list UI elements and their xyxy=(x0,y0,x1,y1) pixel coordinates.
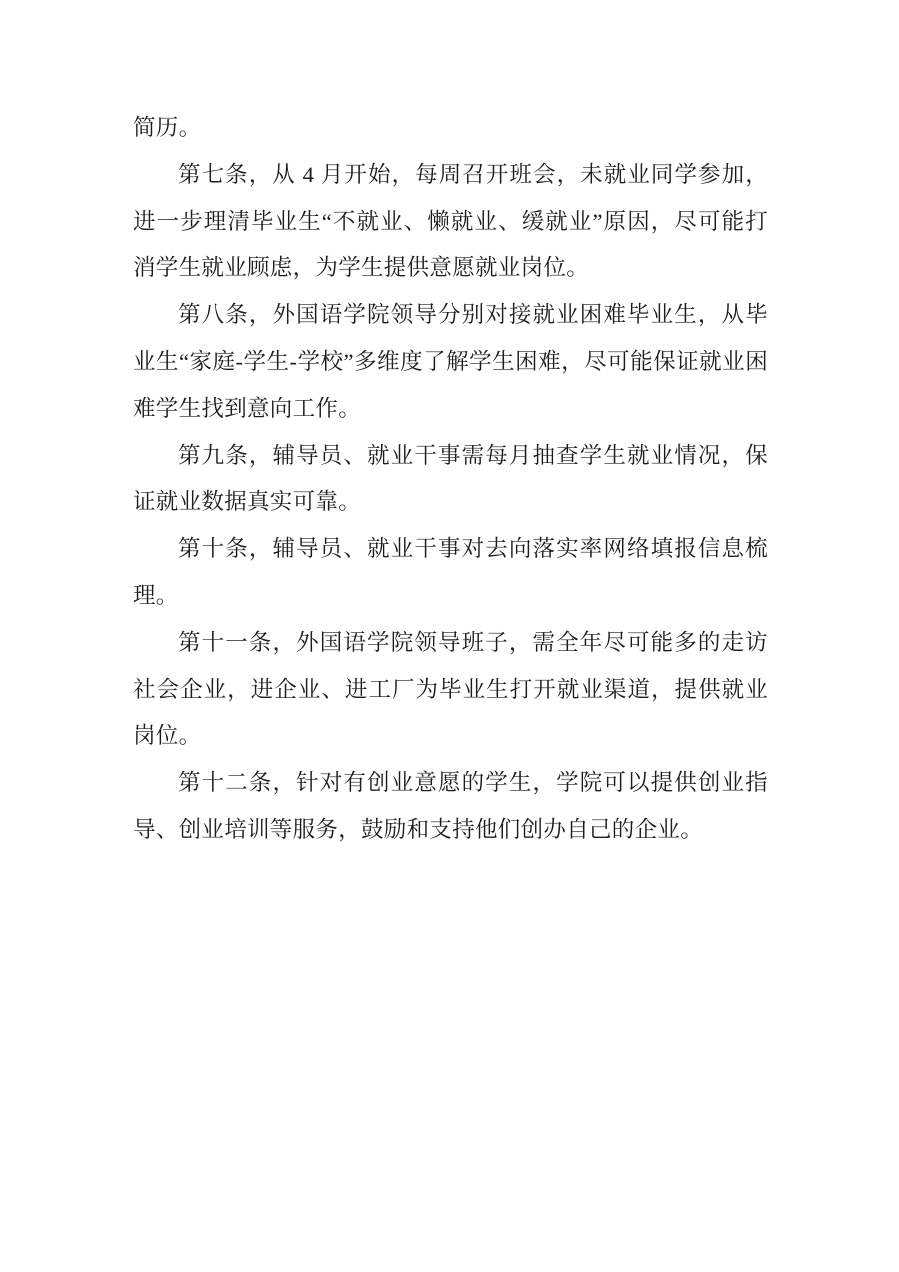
paragraph-article-12: 第十二条，针对有创业意愿的学生，学院可以提供创业指导、创业培训等服务，鼓励和支持… xyxy=(133,760,768,854)
paragraph-continuation: 简历。 xyxy=(133,105,768,152)
paragraph-article-7: 第七条，从 4 月开始，每周召开班会，未就业同学参加，进一步理清毕业生“不就业、… xyxy=(133,152,768,292)
document-body: 简历。 第七条，从 4 月开始，每周召开班会，未就业同学参加，进一步理清毕业生“… xyxy=(133,105,768,854)
paragraph-article-11: 第十一条，外国语学院领导班子，需全年尽可能多的走访社会企业，进企业、进工厂为毕业… xyxy=(133,620,768,760)
document-page: 简历。 第七条，从 4 月开始，每周召开班会，未就业同学参加，进一步理清毕业生“… xyxy=(0,0,899,1272)
paragraph-article-10: 第十条，辅导员、就业干事对去向落实率网络填报信息梳理。 xyxy=(133,526,768,620)
paragraph-article-9: 第九条，辅导员、就业干事需每月抽查学生就业情况，保证就业数据真实可靠。 xyxy=(133,433,768,527)
paragraph-article-8: 第八条，外国语学院领导分别对接就业困难毕业生，从毕业生“家庭-学生-学校”多维度… xyxy=(133,292,768,432)
